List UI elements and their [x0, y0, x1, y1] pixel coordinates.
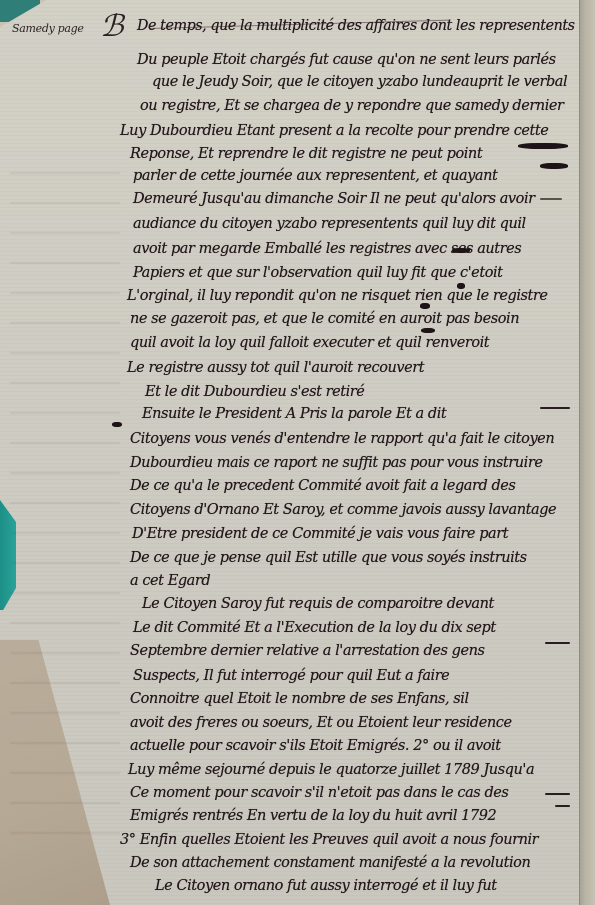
line-filler — [555, 805, 570, 807]
manuscript-line: De ce que je pense quil Est utille que v… — [130, 550, 527, 566]
manuscript-line: a cet Egard — [130, 573, 210, 589]
ink-blot — [540, 163, 568, 169]
manuscript-line: Septembre dernier relative a l'arrestati… — [130, 643, 485, 659]
manuscript-line: quil avoit la loy quil falloit executer … — [130, 335, 489, 351]
manuscript-body: De temps, que la multiplicité des affair… — [0, 0, 595, 905]
line-filler — [540, 198, 562, 200]
manuscript-scan: Samedy page ℬ De temps, que la multiplic… — [0, 0, 595, 905]
manuscript-line: 3° Enfin quelles Etoient les Preuves qui… — [120, 832, 538, 848]
manuscript-line: D'Etre president de ce Commité je vais v… — [132, 526, 508, 542]
manuscript-line: Le Citoyen ornano fut aussy interrogé et… — [155, 878, 497, 894]
manuscript-line: actuelle pour scavoir s'ils Etoit Emigré… — [130, 738, 501, 754]
line-filler — [545, 642, 570, 644]
manuscript-line: L'orginal, il luy repondit qu'on ne risq… — [127, 288, 548, 304]
line-filler — [545, 793, 570, 795]
manuscript-line: parler de cette journée aux representent… — [133, 168, 497, 184]
manuscript-line: Citoyens d'Ornano Et Saroy, et comme jav… — [130, 502, 556, 518]
ink-blot — [112, 422, 122, 427]
manuscript-line: Et le dit Dubourdieu s'est retiré — [145, 384, 364, 400]
manuscript-line: Luy Dubourdieu Etant present a la recolt… — [120, 123, 548, 139]
manuscript-line: Suspects, Il fut interrogé pour quil Eut… — [133, 668, 449, 684]
line-filler — [540, 407, 570, 409]
manuscript-line: Le registre aussy tot quil l'auroit reco… — [127, 360, 424, 376]
manuscript-line: Citoyens vous venés d'entendre le rappor… — [130, 431, 554, 447]
manuscript-line: De temps, que la multiplicité des affair… — [137, 18, 575, 34]
manuscript-line: ne se gazeroit pas, et que le comité en … — [130, 311, 519, 327]
manuscript-line: Luy même sejourné depuis le quatorze jui… — [128, 762, 534, 778]
manuscript-line: Emigrés rentrés En vertu de la loy du hu… — [130, 808, 496, 824]
manuscript-line: Connoitre quel Etoit le nombre de ses En… — [130, 691, 469, 707]
ink-blot — [420, 303, 430, 309]
manuscript-line: avoit des freres ou soeurs, Et ou Etoien… — [130, 715, 512, 731]
ink-blot — [518, 143, 568, 149]
manuscript-line: que le Jeudy Soir, que le citoyen yzabo … — [152, 74, 567, 90]
manuscript-line: Du peuple Etoit chargés fut cause qu'on … — [137, 52, 556, 68]
manuscript-line: Demeuré Jusqu'au dimanche Soir Il ne peu… — [133, 191, 535, 207]
manuscript-line: audiance du citoyen yzabo representents … — [133, 216, 526, 232]
ink-blot — [421, 328, 435, 333]
ink-blot — [452, 248, 470, 253]
manuscript-line: Dubourdieu mais ce raport ne suffit pas … — [130, 455, 542, 471]
manuscript-line: Ce moment pour scavoir s'il n'etoit pas … — [130, 785, 508, 801]
manuscript-line: Ensuite le President A Pris la parole Et… — [142, 406, 446, 422]
manuscript-line: Reponse, Et reprendre le dit registre ne… — [130, 146, 482, 162]
manuscript-line: De son attachement constament manifesté … — [130, 855, 530, 871]
manuscript-line: Le dit Commité Et a l'Execution de la lo… — [133, 620, 496, 636]
manuscript-line: De ce qu'a le precedent Commité avoit fa… — [130, 478, 515, 494]
ink-blot — [457, 283, 465, 289]
manuscript-line: Le Citoyen Saroy fut requis de comparoit… — [142, 596, 494, 612]
manuscript-line: Papiers et que sur l'observation quil lu… — [133, 265, 503, 281]
manuscript-line: ou registre, Et se chargea de y repondre… — [140, 98, 564, 114]
